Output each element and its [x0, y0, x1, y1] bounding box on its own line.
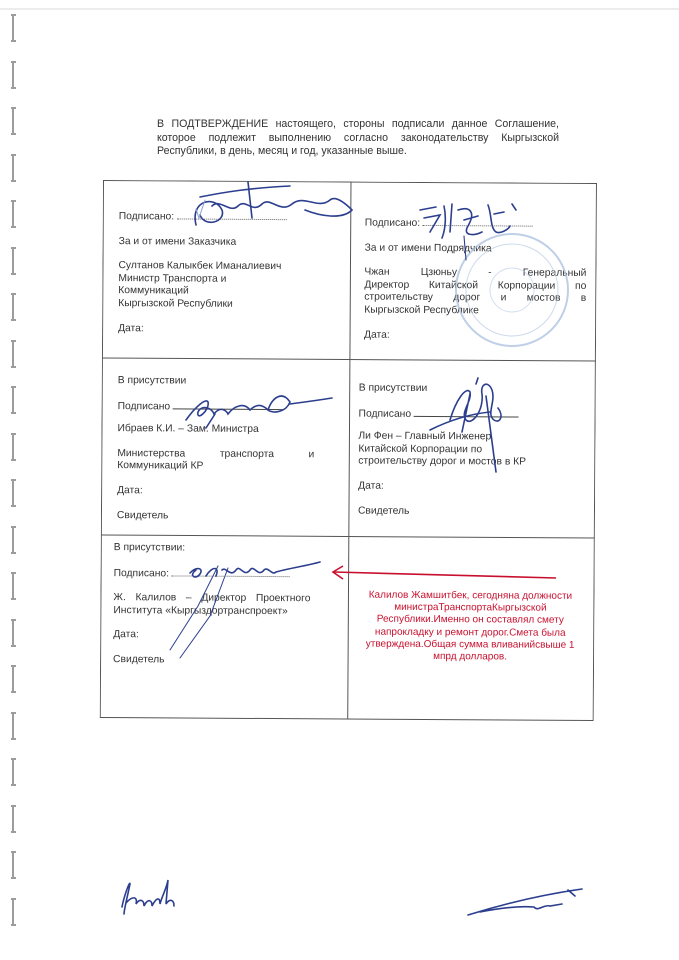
on-behalf-label: За и от имени Заказчика: [119, 236, 344, 250]
date-label: Дата:: [358, 481, 583, 495]
signer-title-line: Кыргызской Республики: [118, 298, 343, 312]
signature-bottom-right-icon: [468, 889, 582, 915]
red-annotation: Калилов Жамшитбек, сегодняна должности м…: [355, 590, 585, 665]
binder-hole-icon: [11, 851, 15, 879]
presence-label: В присутствии: [359, 383, 584, 397]
signature-field[interactable]: [414, 405, 519, 417]
binder-hole-icon: [11, 61, 15, 89]
binder-hole-icon: [11, 572, 15, 600]
signer-line: строительству дорог и мостов в КР: [358, 456, 583, 470]
date-label: Дата:: [113, 629, 310, 643]
binder-hole-icon: [11, 898, 15, 926]
binder-hole-icon: [11, 805, 15, 833]
signer-line: Ж. Калилов – Директор Проектного: [113, 592, 310, 606]
cell-witness-engineer: В присутствии Подписано Ли Фен – Главный…: [358, 383, 584, 520]
witness-label: Свидетель: [117, 510, 314, 524]
signed-label: Подписано:: [114, 568, 169, 579]
witness-label: Свидетель: [113, 654, 310, 668]
org-line: Министерства транспорта и: [117, 448, 314, 462]
binder-hole-icon: [11, 386, 15, 414]
signer-line: Кыргызской Республике: [364, 305, 586, 319]
signed-label: Подписано: [359, 408, 412, 419]
on-behalf-label: За и от имени Подрядчика: [365, 242, 587, 256]
signature-bottom-left-icon: [122, 880, 174, 914]
binder-hole-icon: [11, 712, 15, 740]
annotation-line: Общая сумма вливаний: [424, 639, 536, 651]
page-top-edge: [0, 8, 679, 10]
binder-hole-icon: [11, 479, 15, 507]
signer-line: Ли Фен – Главный Инженер: [358, 431, 583, 445]
date-label: Дата:: [117, 485, 314, 499]
binder-hole-icon: [11, 107, 15, 135]
signature-table: Подписано: За и от имени Заказчика Султа…: [100, 180, 597, 723]
binder-hole-icon: [11, 340, 15, 368]
signer-name: Ибраев К.И. – Зам. Министра: [117, 423, 314, 437]
binder-hole-icon: [11, 200, 15, 228]
signer-line: Чжан Цзюньу - Генеральный: [364, 267, 586, 281]
intro-lead: В ПОДТВЕРЖДЕНИЕ: [157, 118, 268, 130]
date-label: Дата:: [118, 323, 343, 337]
binder-hole-icon: [11, 433, 15, 461]
binder-hole-icon: [11, 526, 15, 554]
binder-hole-icon: [11, 247, 15, 275]
annotation-line: прокладку и ремонт дорог.: [386, 626, 509, 638]
binder-hole-icon: [11, 14, 15, 42]
signature-field[interactable]: [423, 215, 533, 227]
cell-contractor: Подписано: За и от имени Подрядчика Чжан…: [364, 215, 587, 344]
binder-hole-icon: [11, 154, 15, 182]
presence-label: В присутствии:: [114, 542, 311, 556]
signature-field[interactable]: [172, 565, 290, 577]
signature-field[interactable]: [173, 398, 283, 410]
confirmation-paragraph: В ПОДТВЕРЖДЕНИЕ настоящего, стороны подп…: [157, 118, 559, 159]
signer-line: Института «Кыргыздортранспроект»: [113, 605, 310, 619]
binder-hole-icon: [11, 758, 15, 786]
signed-label: Подписано:: [119, 211, 174, 222]
signed-label: Подписано: [118, 401, 171, 412]
annotation-line: Транспорта: [438, 602, 492, 613]
binder-hole-icon: [11, 665, 15, 693]
signature-field[interactable]: [177, 208, 287, 220]
org-line: Коммуникаций КР: [117, 460, 314, 474]
annotation-line: Калилов Жамшитбек, сегодня: [369, 590, 509, 602]
binder-hole-icon: [11, 619, 15, 647]
witness-label: Свидетель: [358, 505, 583, 519]
cell-witness-ministry: В присутствии Подписано Ибраев К.И. – За…: [117, 375, 315, 523]
presence-label: В присутствии: [118, 375, 315, 389]
cell-customer: Подписано: За и от имени Заказчика Султа…: [118, 208, 344, 337]
date-label: Дата:: [364, 329, 586, 343]
signed-label: Подписано:: [365, 218, 420, 229]
binder-hole-icon: [11, 293, 15, 321]
signer-name: Султанов Калыкбек Иманалиевич: [118, 260, 343, 274]
cell-witness-institute: В присутствии: Подписано: Ж. Калилов – Д…: [113, 542, 311, 668]
